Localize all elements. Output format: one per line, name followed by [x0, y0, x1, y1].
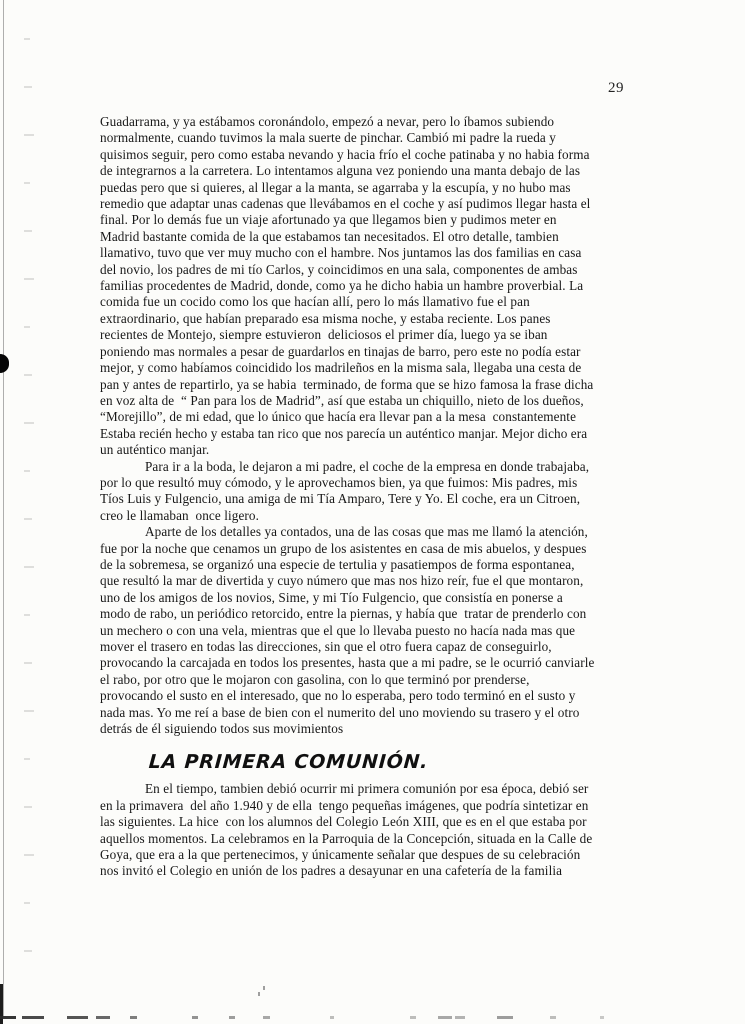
- scan-bottom-dash: [0, 1016, 16, 1019]
- scan-bottom-dash: [67, 1016, 88, 1019]
- text-line: provocando la carcajada en todos los pre…: [100, 655, 656, 671]
- scan-margin-dash: [24, 806, 32, 808]
- text-line: modo de rabo, un periódico retorcido, en…: [100, 606, 656, 622]
- text-line: Para ir a la boda, le dejaron a mi padre…: [100, 459, 656, 475]
- text-line: familias procedentes de Madrid, donde, c…: [100, 278, 656, 294]
- text-line: aquellos momentos. La celebramos en la P…: [100, 831, 656, 847]
- text-line: nos invitó el Colegio en unión de los pa…: [100, 863, 656, 879]
- scan-margin-dash: [24, 518, 32, 520]
- text-body: Guadarrama, y ya estábamos coronándolo, …: [100, 114, 656, 880]
- text-line: puedas pero que si quieres, al llegar a …: [100, 180, 656, 196]
- section-heading: LA PRIMERA COMUNIÓN.: [148, 751, 658, 773]
- scan-margin-dash: [24, 134, 34, 136]
- text-line: pan y antes de repartirlo, ya se habia t…: [100, 377, 656, 393]
- scan-bottom-dash: [438, 1016, 452, 1019]
- page-number: 29: [608, 80, 624, 97]
- text-line: quisimos seguir, pero como estaba nevand…: [100, 147, 656, 163]
- scan-bottom-dash: [263, 1016, 270, 1019]
- scan-bottom-dash: [410, 1016, 416, 1019]
- text-line: Tíos Luis y Fulgencio, una amiga de mi T…: [100, 491, 656, 507]
- text-line: en voz alta de “ Pan para los de Madrid”…: [100, 393, 656, 409]
- text-line: de integrarnos a la carretera. Lo intent…: [100, 163, 656, 179]
- text-line: Madrid bastante comida de la que estabam…: [100, 229, 656, 245]
- paragraph: En el tiempo, tambien debió ocurrir mi p…: [100, 781, 656, 879]
- scan-margin-dash: [24, 86, 32, 88]
- text-line: detrás de él siguiendo todos sus movimie…: [100, 721, 656, 737]
- text-line: comida fue un cocido como los que hacían…: [100, 294, 656, 310]
- scan-margin-dash: [24, 470, 30, 472]
- text-line: recientes de Montejo, siempre estuvieron…: [100, 327, 656, 343]
- scan-speck: [258, 992, 260, 996]
- scan-margin-dash: [24, 854, 34, 856]
- scan-bottom-dash: [600, 1016, 604, 1019]
- scan-margin-dash: [24, 950, 32, 952]
- text-line: las siguientes. La hice con los alumnos …: [100, 814, 656, 830]
- scan-margin-dash: [24, 230, 32, 232]
- text-line: fue por la noche que cenamos un grupo de…: [100, 541, 656, 557]
- text-line: en la primavera del año 1.940 y de ella …: [100, 798, 656, 814]
- scan-edge-line: [3, 0, 4, 1016]
- text-line: “Morejillo”, de mi edad, que lo único qu…: [100, 409, 656, 425]
- text-line: un mechero o con una vela, mientras que …: [100, 623, 656, 639]
- text-line: Estaba recién hecho y estaba tan rico qu…: [100, 426, 656, 442]
- scan-bottom-dash: [96, 1016, 110, 1019]
- scan-margin-dash: [24, 182, 30, 184]
- scan-margin-dash: [24, 566, 34, 568]
- text-line: que resultó la mar de divertida y cuyo n…: [100, 573, 656, 589]
- scan-margin-dash: [24, 326, 30, 328]
- text-line: poniendo mas normales a pesar de guardar…: [100, 344, 656, 360]
- text-line: por lo que resultó muy cómodo, y le apro…: [100, 475, 656, 491]
- text-line: el rabo, por otro que le mojaron con gas…: [100, 672, 656, 688]
- scan-margin-dash: [24, 278, 34, 280]
- text-line: Aparte de los detalles ya contados, una …: [100, 524, 656, 540]
- scan-margin-dash: [24, 38, 30, 40]
- text-line: del novio, los padres de mi tío Carlos, …: [100, 262, 656, 278]
- text-line: mover el trasero en todas las direccione…: [100, 639, 656, 655]
- text-line: extraordinario, que habían preparado esa…: [100, 311, 656, 327]
- scan-bottom-dash: [497, 1016, 513, 1019]
- scan-bottom-dash: [455, 1016, 465, 1019]
- scan-bottom-dash: [130, 1016, 137, 1019]
- text-line: En el tiempo, tambien debió ocurrir mi p…: [100, 781, 656, 797]
- text-line: Guadarrama, y ya estábamos coronándolo, …: [100, 114, 656, 130]
- scan-margin-dash: [24, 662, 32, 664]
- scanned-memoir-page: { "colors": { "paper": "#fcfcfa", "ink":…: [0, 0, 745, 1024]
- text-line: remedio que adaptar unas cadenas que lle…: [100, 196, 656, 212]
- text-line: creo le llamaban once ligero.: [100, 508, 656, 524]
- scan-bottom-dash: [229, 1016, 235, 1019]
- text-line: llamativo, tuvo que ver muy mucho con el…: [100, 245, 656, 261]
- scan-margin-dash: [24, 758, 30, 760]
- text-line: de la sobremesa, se organizó una especie…: [100, 557, 656, 573]
- text-line: uno de los amigos de los novios, Sime, y…: [100, 590, 656, 606]
- text-line: nada mas. Yo me reí a base de bien con e…: [100, 705, 656, 721]
- paragraph: Guadarrama, y ya estábamos coronándolo, …: [100, 114, 656, 459]
- scan-bottom-dash: [22, 1016, 44, 1019]
- text-line: provocando el susto en el interesado, qu…: [100, 688, 656, 704]
- paragraph: Para ir a la boda, le dejaron a mi padre…: [100, 459, 656, 525]
- text-line: un auténtico manjar.: [100, 442, 656, 458]
- scan-margin-dash: [24, 614, 30, 616]
- paragraph: Aparte de los detalles ya contados, una …: [100, 524, 656, 737]
- scan-margin-dash: [24, 902, 30, 904]
- scan-margin-dash: [24, 374, 32, 376]
- scan-margin-dash: [24, 710, 34, 712]
- text-line: mejor, y como habíamos coincidido los ma…: [100, 360, 656, 376]
- text-line: final. Por lo demás fue un viaje afortun…: [100, 212, 656, 228]
- scan-margin-dash: [24, 422, 34, 424]
- scan-bottom-dash: [192, 1016, 198, 1019]
- text-line: normalmente, cuando tuvimos la mala suer…: [100, 130, 656, 146]
- scan-bottom-dash: [550, 1016, 556, 1019]
- scan-bottom-dash: [330, 1016, 334, 1019]
- scan-speck: [263, 986, 265, 990]
- scan-ink-blob: [0, 354, 9, 373]
- text-line: Goya, que era a la que pertenecimos, y ú…: [100, 847, 656, 863]
